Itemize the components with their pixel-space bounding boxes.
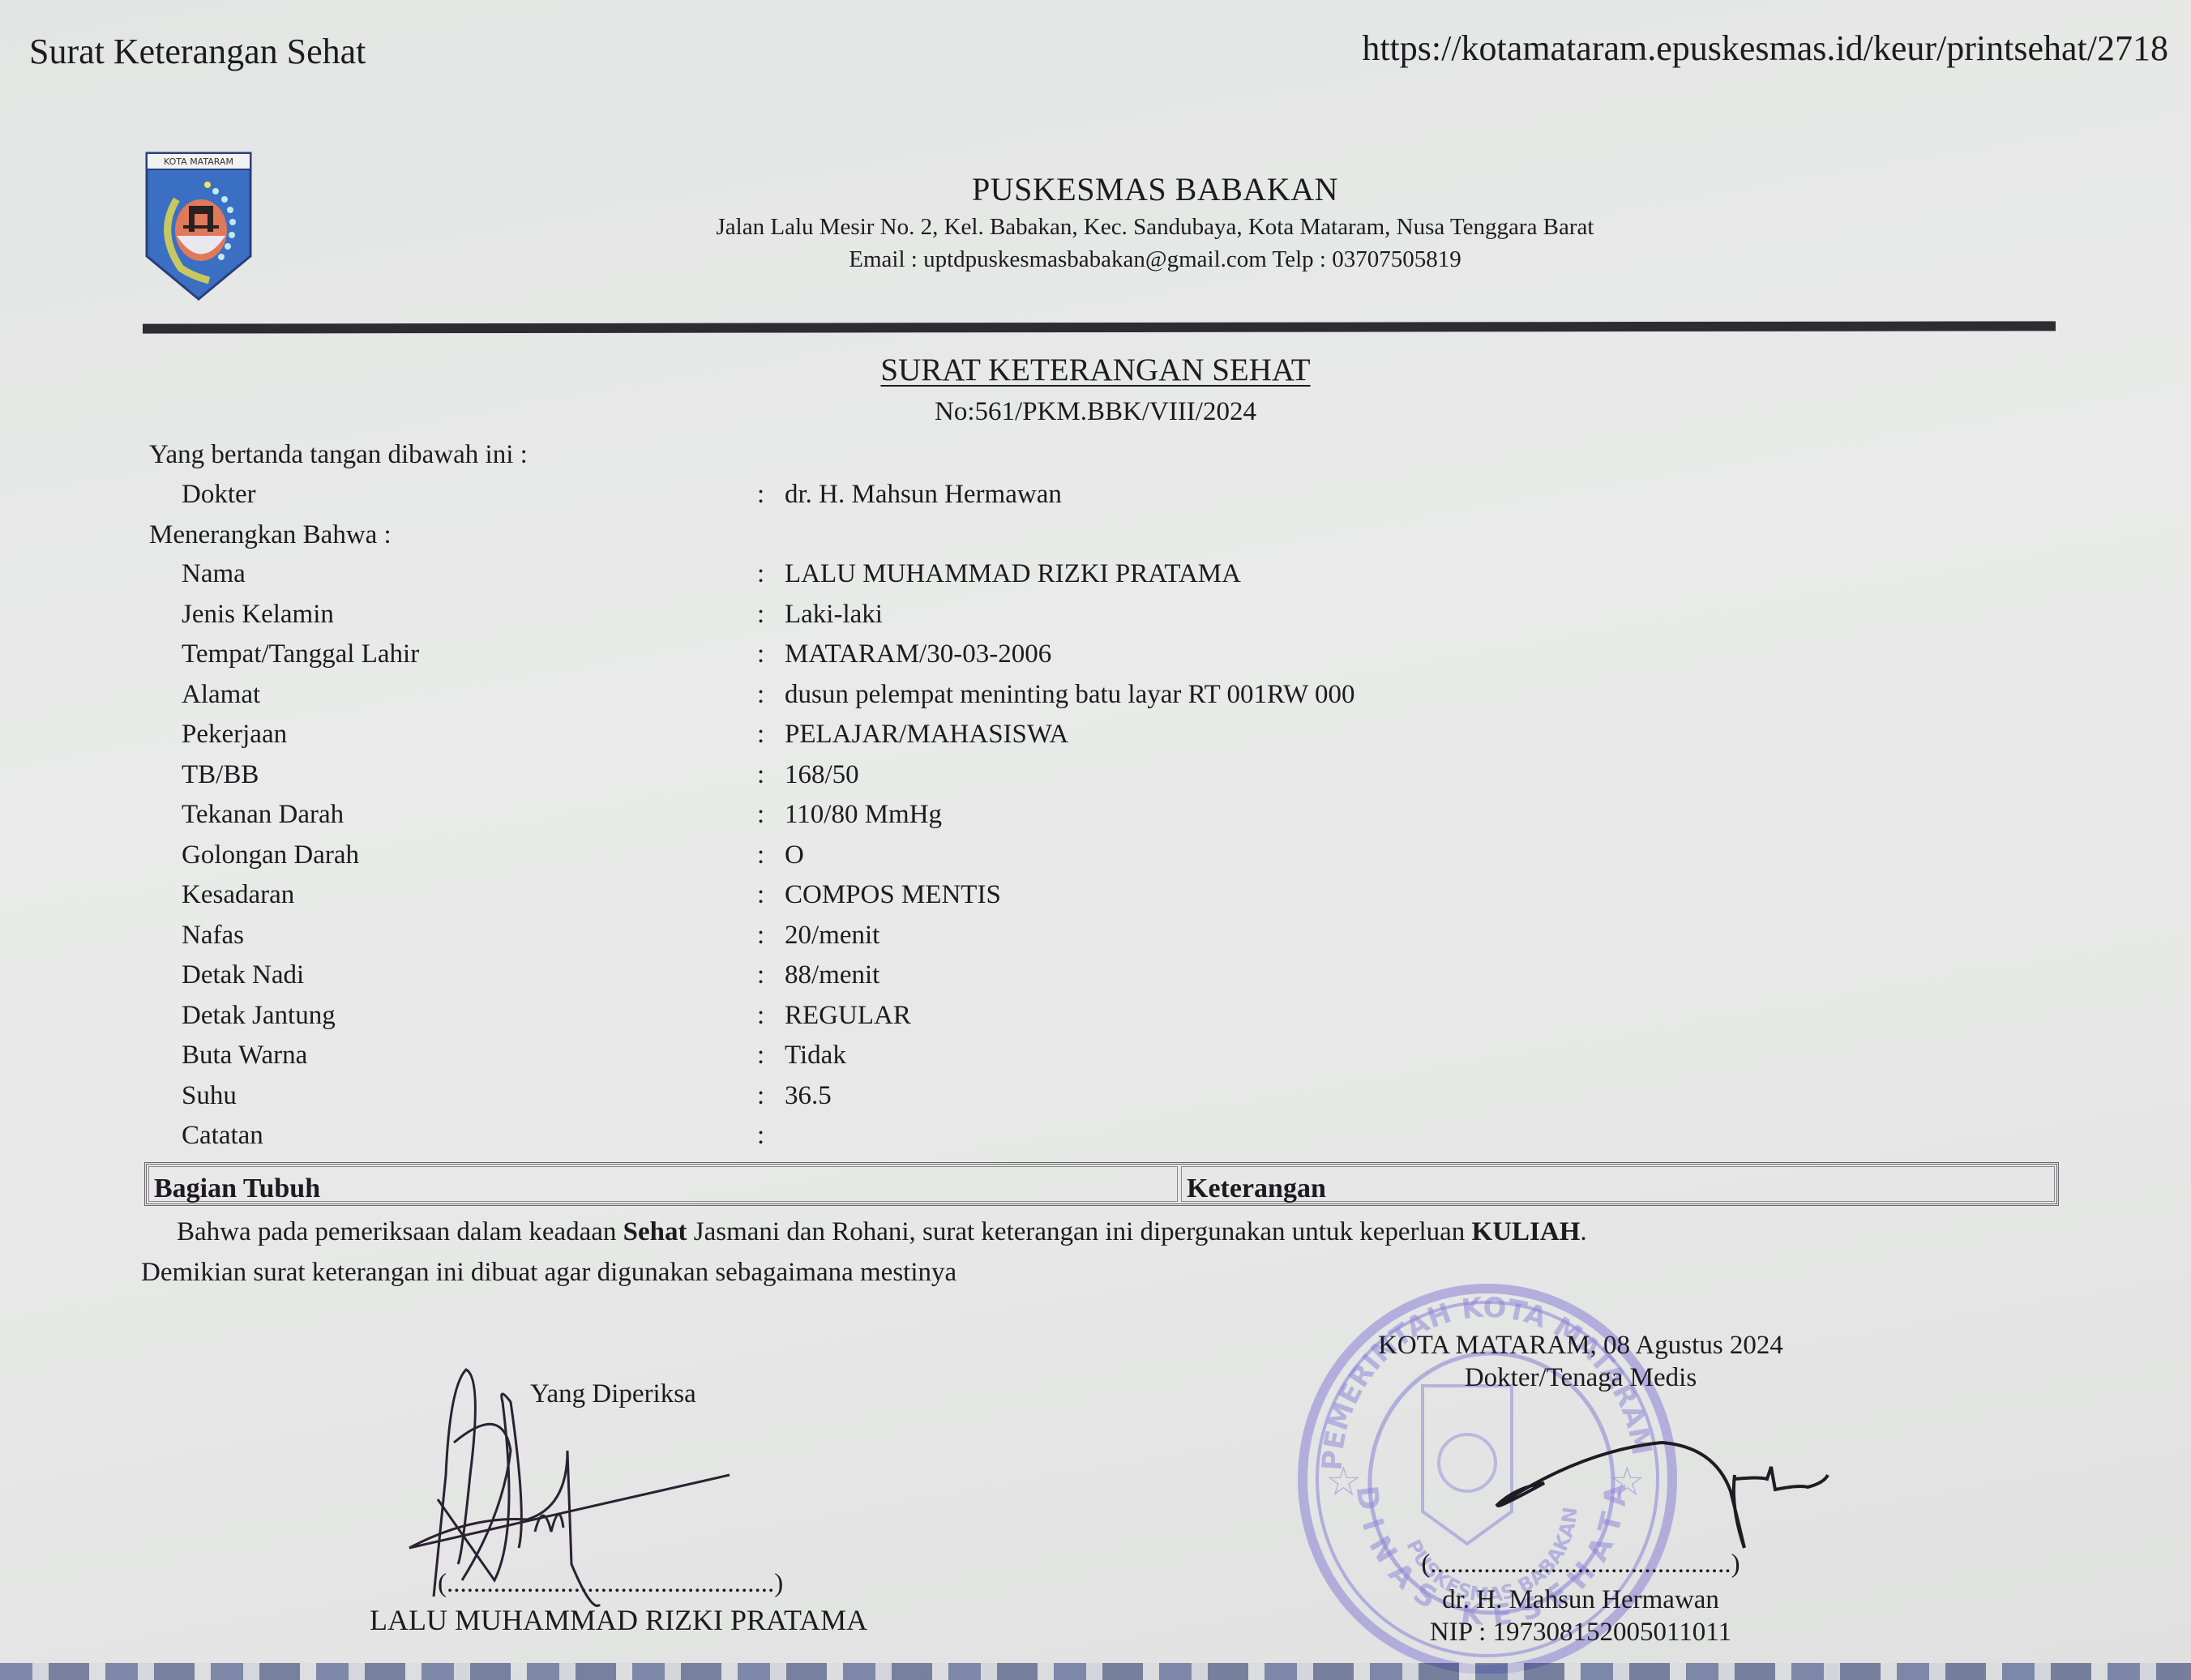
field-value: 36.5: [785, 1081, 832, 1111]
field-value: LALU MUHAMMAD RIZKI PRATAMA: [785, 559, 1241, 589]
field-colon: :: [757, 480, 764, 510]
field-label: Detak Jantung: [182, 1001, 336, 1031]
field-value: dr. H. Mahsun Hermawan: [785, 480, 1062, 510]
field-colon: :: [757, 921, 764, 951]
field-row: Tekanan Darah:110/80 MmHg: [182, 800, 1965, 839]
patient-intro: Menerangkan Bahwa :: [149, 520, 392, 550]
document-title: SURAT KETERANGAN SEHAT: [0, 352, 2191, 388]
field-colon: :: [757, 760, 764, 790]
signer-role: Dokter/Tenaga Medis: [1281, 1363, 1881, 1393]
kota-mataram-coat-of-arms-icon: KOTA MATARAM: [144, 151, 253, 301]
field-row: Catatan:: [182, 1121, 1965, 1160]
field-label: Buta Warna: [182, 1041, 307, 1071]
statement-text: Bahwa pada pemeriksaan dalam keadaan: [177, 1217, 623, 1246]
field-value: 88/menit: [785, 960, 879, 990]
document-number: No:561/PKM.BBK/VIII/2024: [0, 397, 2191, 427]
field-colon: :: [757, 1041, 764, 1071]
field-colon: :: [757, 639, 764, 669]
field-label: Kesadaran: [182, 880, 294, 910]
field-colon: :: [757, 600, 764, 630]
patient-signature-name: LALU MUHAMMAD RIZKI PRATAMA: [370, 1603, 867, 1637]
doctor-signature-line: (.......................................…: [1281, 1550, 1881, 1580]
field-colon: :: [757, 960, 764, 990]
field-value: REGULAR: [785, 1001, 911, 1031]
field-label: Jenis Kelamin: [182, 600, 334, 630]
field-label: Dokter: [182, 480, 256, 510]
field-row: Kesadaran:COMPOS MENTIS: [182, 880, 1965, 919]
field-colon: :: [757, 720, 764, 750]
field-colon: :: [757, 559, 764, 589]
print-header-url: https://kotamataram.epuskesmas.id/keur/p…: [1362, 28, 2168, 69]
field-colon: :: [757, 1001, 764, 1031]
field-row: Pekerjaan:PELAJAR/MAHASISWA: [182, 720, 1965, 759]
statement-text: Jasmani dan Rohani, surat keterangan ini…: [687, 1217, 1472, 1246]
document-title-text: SURAT KETERANGAN SEHAT: [880, 353, 1310, 387]
field-colon: :: [757, 840, 764, 870]
svg-text:KOTA MATARAM: KOTA MATARAM: [164, 156, 233, 167]
field-value: dusun pelempat meninting batu layar RT 0…: [785, 680, 1354, 710]
field-row: Alamat:dusun pelempat meninting batu lay…: [182, 680, 1965, 719]
field-row: Dokter:dr. H. Mahsun Hermawan: [182, 480, 1965, 519]
field-label: Pekerjaan: [182, 720, 287, 750]
doctor-nip: NIP : 197308152005011011: [1281, 1618, 1881, 1648]
health-statement: Bahwa pada pemeriksaan dalam keadaan Seh…: [177, 1217, 1587, 1247]
field-row: Suhu:36.5: [182, 1081, 1965, 1120]
patient-signature-label: Yang Diperiksa: [530, 1379, 696, 1409]
body-parts-table: Bagian Tubuh Keterangan: [144, 1162, 2059, 1206]
field-value: MATARAM/30-03-2006: [785, 639, 1051, 669]
closing-statement: Demikian surat keterangan ini dibuat aga…: [141, 1258, 956, 1288]
field-colon: :: [757, 680, 764, 710]
field-value: 20/menit: [785, 921, 879, 951]
field-value: O: [785, 840, 804, 870]
field-colon: :: [757, 880, 764, 910]
field-row: Buta Warna:Tidak: [182, 1041, 1965, 1079]
statement-emphasis-healthy: Sehat: [623, 1217, 687, 1246]
field-colon: :: [757, 1121, 764, 1151]
field-value: Laki-laki: [785, 600, 883, 630]
field-label: Detak Nadi: [182, 960, 304, 990]
field-value: COMPOS MENTIS: [785, 880, 1001, 910]
field-row: TB/BB:168/50: [182, 760, 1965, 799]
statement-emphasis-purpose: KULIAH: [1472, 1217, 1581, 1246]
field-label: Golongan Darah: [182, 840, 359, 870]
field-row: Detak Nadi:88/menit: [182, 960, 1965, 999]
svg-text:☆: ☆: [1609, 1458, 1645, 1505]
svg-text:☆: ☆: [1325, 1458, 1362, 1505]
field-label: Suhu: [182, 1081, 237, 1111]
patient-signature-line: (.......................................…: [438, 1569, 783, 1599]
statement-text: .: [1580, 1217, 1586, 1246]
field-label: Catatan: [182, 1121, 263, 1151]
field-label: Nama: [182, 559, 246, 589]
field-row: Jenis Kelamin:Laki-laki: [182, 600, 1965, 639]
field-value: 168/50: [785, 760, 859, 790]
institution-contact: Email : uptdpuskesmasbabakan@gmail.com T…: [567, 246, 1743, 273]
field-label: Nafas: [182, 921, 244, 951]
field-value: Tidak: [785, 1041, 846, 1071]
signer-intro: Yang bertanda tangan dibawah ini :: [149, 440, 528, 470]
institution-address: Jalan Lalu Mesir No. 2, Kel. Babakan, Ke…: [567, 214, 1743, 241]
letterhead-divider: [143, 321, 2056, 333]
institution-name: PUSKESMAS BABAKAN: [567, 170, 1743, 208]
print-header-title: Surat Keterangan Sehat: [29, 31, 366, 72]
page-bottom-edge: [0, 1663, 2191, 1680]
field-label: Tempat/Tanggal Lahir: [182, 639, 419, 669]
table-header-remarks: Keterangan: [1181, 1166, 2055, 1202]
field-value: PELAJAR/MAHASISWA: [785, 720, 1068, 750]
field-label: Alamat: [182, 680, 260, 710]
field-row: Golongan Darah:O: [182, 840, 1965, 879]
field-label: Tekanan Darah: [182, 800, 344, 830]
field-row: Nafas:20/menit: [182, 921, 1965, 960]
field-row: Tempat/Tanggal Lahir:MATARAM/30-03-2006: [182, 639, 1965, 678]
field-colon: :: [757, 1081, 764, 1111]
field-label: TB/BB: [182, 760, 259, 790]
doctor-name: dr. H. Mahsun Hermawan: [1281, 1585, 1881, 1615]
field-row: Detak Jantung:REGULAR: [182, 1001, 1965, 1040]
field-colon: :: [757, 800, 764, 830]
signing-place-date: KOTA MATARAM, 08 Agustus 2024: [1281, 1331, 1881, 1361]
field-row: Nama:LALU MUHAMMAD RIZKI PRATAMA: [182, 559, 1965, 598]
table-header-body-part: Bagian Tubuh: [148, 1166, 1178, 1202]
field-value: 110/80 MmHg: [785, 800, 942, 830]
